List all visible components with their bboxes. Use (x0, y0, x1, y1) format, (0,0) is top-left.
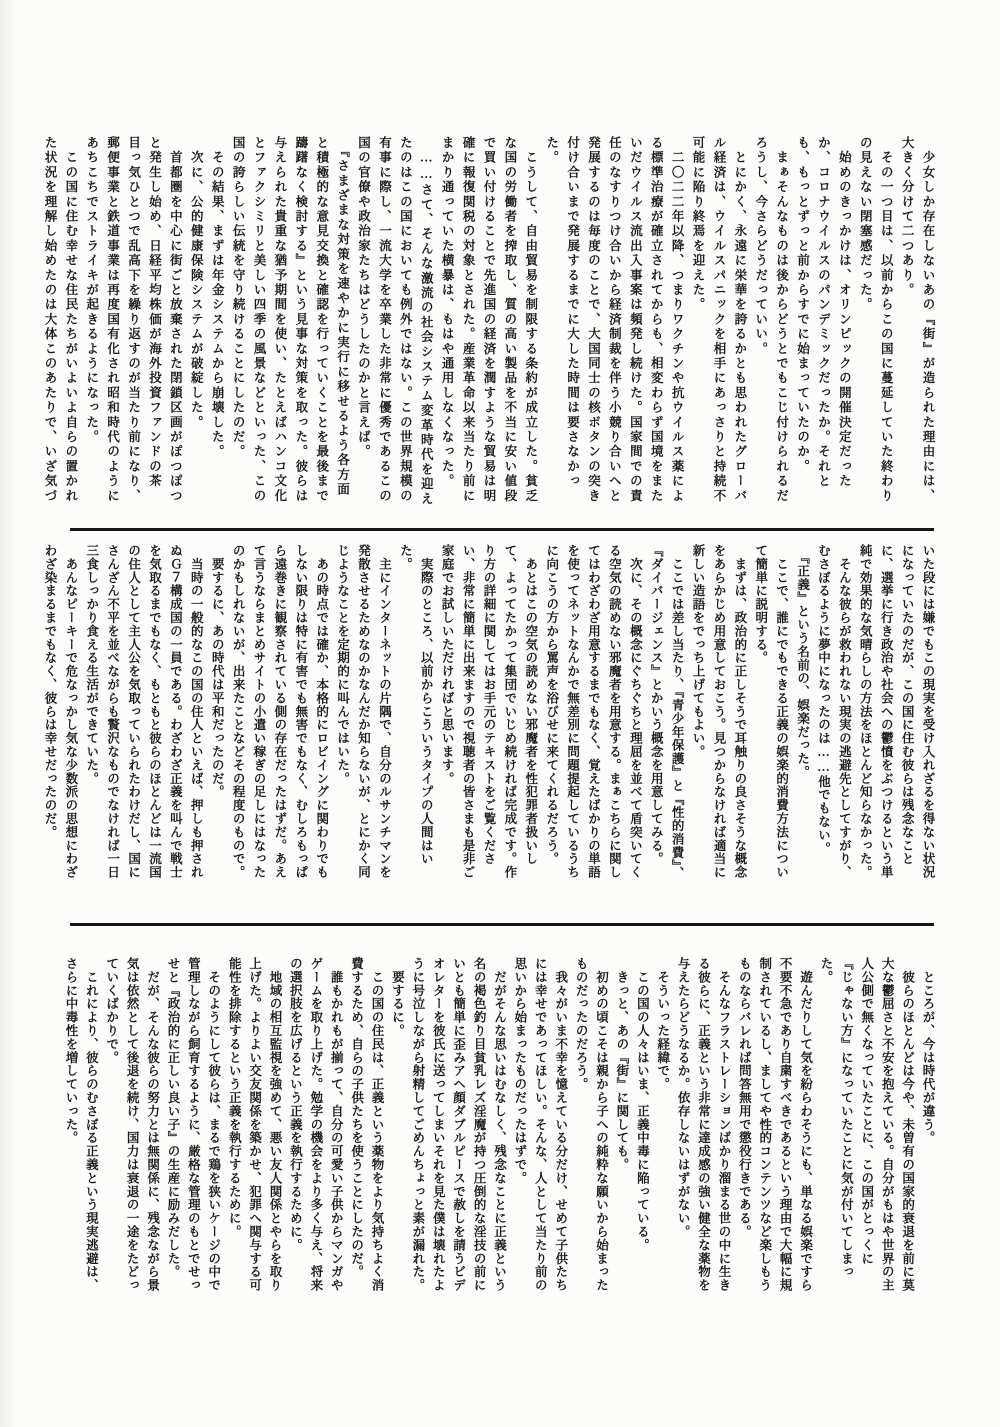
vertical-text-block-middle: いた段には嫌でもこの現実を受け入れざるを得ない状況になっていたのだが、この国に住… (24, 544, 938, 882)
divider-line-2 (70, 923, 934, 926)
divider-line-1 (70, 528, 934, 531)
scanned-page: 少女しか存在しないあの『街』が造られた理由には、大きく分けて二つあり。 その一つ… (0, 0, 1000, 1427)
vertical-text-block-top: 少女しか存在しないあの『街』が造られた理由には、大きく分けて二つあり。 その一つ… (24, 136, 938, 508)
vertical-text-block-bottom: ところが、今は時代が違う。 彼らのほとんどは今や、未曽有の国家的衰退を前に莫大な… (24, 957, 938, 1295)
page-edge-shading (0, 0, 16, 1427)
